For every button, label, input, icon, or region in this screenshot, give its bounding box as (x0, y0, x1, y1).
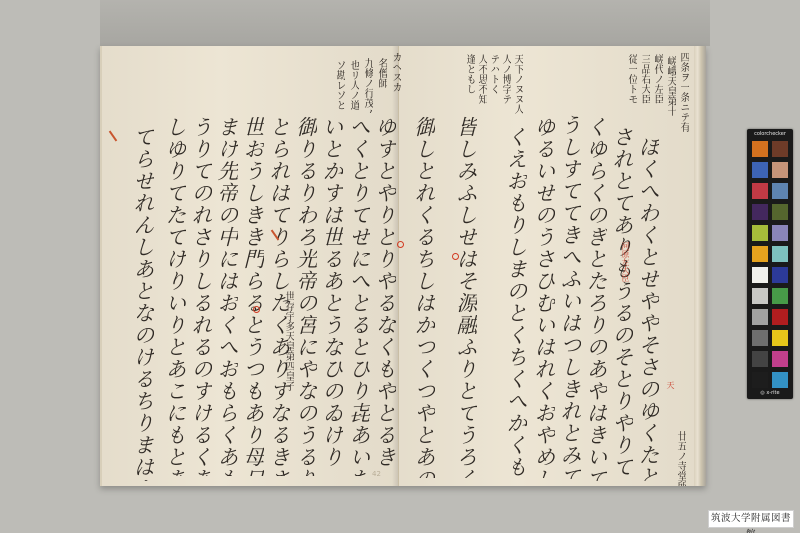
color-patch (772, 309, 788, 325)
color-patch (752, 267, 768, 283)
red-annotation: 河原左大臣 (621, 242, 630, 442)
page-edges (694, 46, 706, 486)
left-page: ゆすとやりとりやるなくもやとるき へくとりてせにへとるとひり㐂あいた いとかすは… (100, 46, 400, 486)
text-column: 御りるりわろ光帝の宮にやなのうるり (295, 116, 317, 476)
colorchecker-label: colorchecker (747, 131, 793, 137)
text-column: ゆるいせのうさひむいはれくおやめしけつ (533, 116, 555, 478)
color-patch (752, 309, 768, 325)
color-patch (772, 204, 788, 220)
margin-note: 廿五ノ寺堂所 (674, 431, 686, 486)
color-patch (772, 267, 788, 283)
head-note: 也リ人ノ道ト (347, 60, 359, 110)
color-patch (772, 162, 788, 178)
head-note: 九條ノ行茂ノ (361, 58, 373, 113)
color-patch (752, 162, 768, 178)
text-column: 皆しみふしせはそ源融ふりとてうろくし (455, 116, 477, 478)
text-column: いとかすは世るあとうなひのゐけり (321, 116, 343, 476)
red-annotation: 天 (666, 381, 675, 401)
color-patch (772, 246, 788, 262)
text-column: 御しとれくるちしはかつくつやとあの (413, 116, 435, 478)
color-patch (752, 204, 768, 220)
color-checker-card: colorchecker ◎ x-rite (747, 129, 793, 399)
text-column: へくとりてせにへとるとひり㐂あいた (348, 116, 370, 476)
text-column: しゆりてたてけりいりとあこにもとあり (164, 116, 186, 476)
color-patch (772, 351, 788, 367)
color-patch (772, 183, 788, 199)
head-note: 三品右大臣 (638, 54, 650, 104)
color-patch (772, 141, 788, 157)
head-note: 四条ヲ一条ニテ有院 (677, 52, 689, 132)
color-patch (752, 372, 768, 388)
head-note: 嵯代ノ左臣八 (651, 54, 663, 104)
right-page: 四条ヲ一条ニテ有院 嵯峨天皇第十二皇子 嵯代ノ左臣八 三品右大臣 従一位トモ 天… (398, 46, 695, 486)
color-patch (772, 330, 788, 346)
head-note: 人不思不知 (475, 54, 487, 104)
xrite-logo: ◎ x-rite (747, 390, 793, 396)
head-note: 従一位トモ (625, 54, 637, 104)
head-note: 天下ノヌヌ人々 (511, 54, 523, 114)
background-shadow (100, 0, 710, 46)
red-circle-mark (253, 306, 260, 313)
red-circle-mark (397, 241, 404, 248)
color-patch (752, 141, 768, 157)
color-patch (752, 183, 768, 199)
head-note: テハトく (487, 54, 499, 99)
text-column: くゆらくのぎとたろりのあやはきいてる (585, 116, 607, 481)
color-patch (772, 225, 788, 241)
color-patch (752, 246, 768, 262)
color-patch (752, 288, 768, 304)
red-circle-mark (452, 253, 459, 260)
red-mark (109, 131, 118, 142)
text-column: まけ先帝の中にはおくへおもらくあもとそくし (216, 116, 238, 476)
head-note: ソ勘レソとし (333, 60, 345, 110)
book-spread: ゆすとやりとりやるなくもやとるき へくとりてせにへとるとひり㐂あいた いとかすは… (100, 46, 706, 486)
text-column: うしすててきへふいはつしきれとみてとも (559, 114, 581, 479)
text-column: うりてのれさりしるれるのすけるくあり (190, 116, 212, 476)
text-column: くえおもりしまのとくちくへかくもつも (505, 126, 527, 478)
color-patch (752, 351, 768, 367)
head-note: 名僧師 (375, 58, 387, 98)
color-patch (772, 372, 788, 388)
head-note: 人ノ博字テ (499, 54, 511, 109)
color-patch (752, 225, 768, 241)
page-number: 42 (372, 470, 381, 478)
head-note: 逢ともし (463, 54, 475, 99)
interlinear-note: 世存宇多天皇第四皇子号 (282, 291, 294, 391)
head-note: カヘスカヘ (389, 52, 401, 92)
head-note: 嵯峨天皇第十二皇子 (664, 56, 676, 116)
text-column: ほくへわくとせややそさのゆくたとろうんと (637, 136, 659, 481)
color-patch (772, 288, 788, 304)
xrite-label: x-rite (766, 390, 779, 396)
library-label: 筑波大学附属図書館 (708, 510, 794, 528)
color-patch (752, 330, 768, 346)
text-column: 世おうしきき門らるとうつもあり母日像 (242, 116, 264, 476)
text-column: てらせれんしあとなのけるちりまはあつるとそ (132, 126, 154, 481)
